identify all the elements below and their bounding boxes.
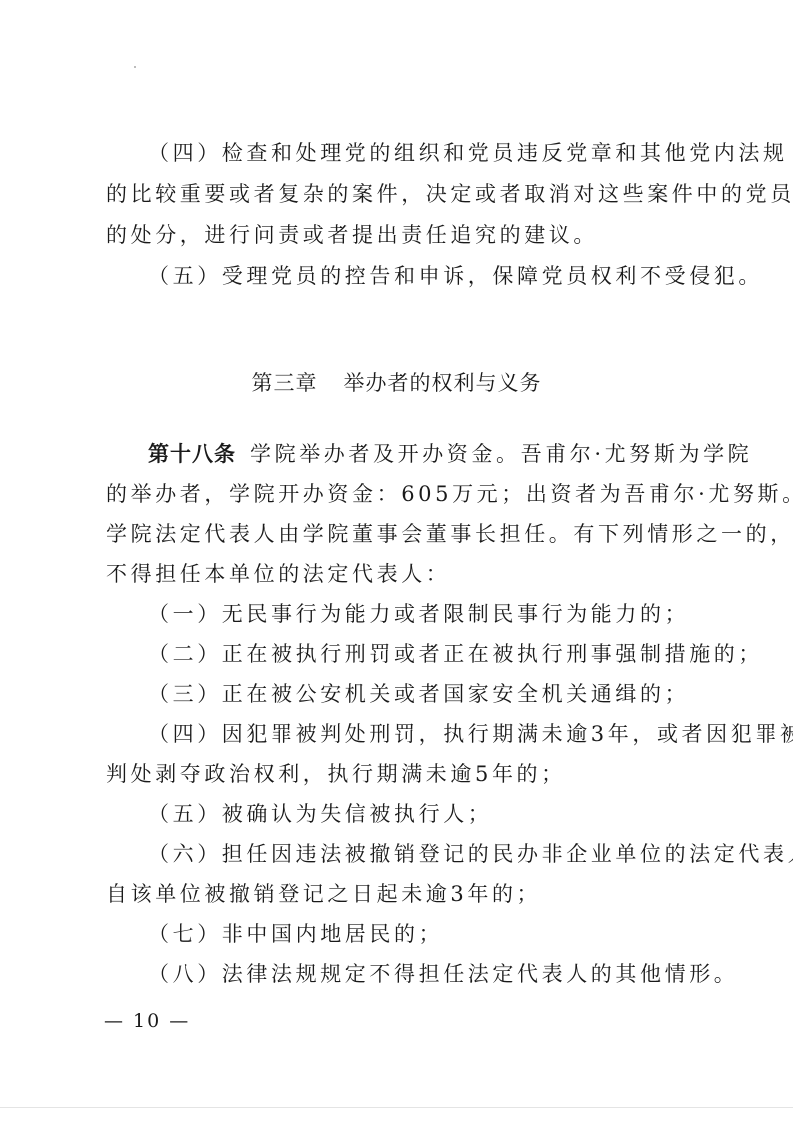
list-item: （八）法律法规规定不得担任法定代表人的其他情形。	[148, 962, 738, 986]
list-item-continuation: 自该单位被撤销登记之日起未逾3年的；	[106, 882, 541, 906]
article-label: 第十八条	[148, 442, 236, 466]
paragraph-line: （四）检查和处理党的组织和党员违反党章和其他党内法规	[148, 141, 788, 165]
scan-speck	[134, 66, 136, 68]
list-item-continuation: 判处剥夺政治权利，执行期满未逾5年的；	[106, 762, 566, 786]
list-item: （三）正在被公安机关或者国家安全机关通缉的；	[148, 682, 689, 706]
page-number: — 10 —	[104, 1010, 190, 1032]
article-line: 的举办者，学院开办资金：605万元；出资者为吾甫尔·尤努斯。	[106, 482, 793, 506]
paragraph-line: （五）受理党员的控告和申诉，保障党员权利不受侵犯。	[148, 264, 763, 288]
list-item: （六）担任因违法被撤销登记的民办非企业单位的法定代表人，	[148, 842, 793, 866]
page-bottom-edge	[0, 1107, 793, 1108]
article-text: 学院举办者及开办资金。吾甫尔·尤努斯为学院	[250, 442, 752, 466]
paragraph-line: 的处分，进行问责或者提出责任追究的建议。	[106, 223, 598, 247]
paragraph-line: 的比较重要或者复杂的案件，决定或者取消对这些案件中的党员	[106, 182, 793, 206]
chapter-heading: 第三章举办者的权利与义务	[0, 367, 793, 397]
list-item: （一）无民事行为能力或者限制民事行为能力的；	[148, 602, 689, 626]
list-item: （四）因犯罪被判处刑罚，执行期满未逾3年，或者因犯罪被	[148, 722, 793, 746]
list-item: （五）被确认为失信被执行人；	[148, 802, 492, 826]
article-first-line: 第十八条学院举办者及开办资金。吾甫尔·尤努斯为学院	[148, 442, 752, 466]
list-item: （七）非中国内地居民的；	[148, 922, 443, 946]
list-item: （二）正在被执行刑罚或者正在被执行刑事强制措施的；	[148, 642, 763, 666]
article-line: 学院法定代表人由学院董事会董事长担任。有下列情形之一的，	[106, 522, 793, 546]
chapter-title: 举办者的权利与义务	[344, 371, 542, 395]
article-line: 不得担任本单位的法定代表人：	[106, 562, 450, 586]
chapter-number: 第三章	[252, 371, 318, 395]
